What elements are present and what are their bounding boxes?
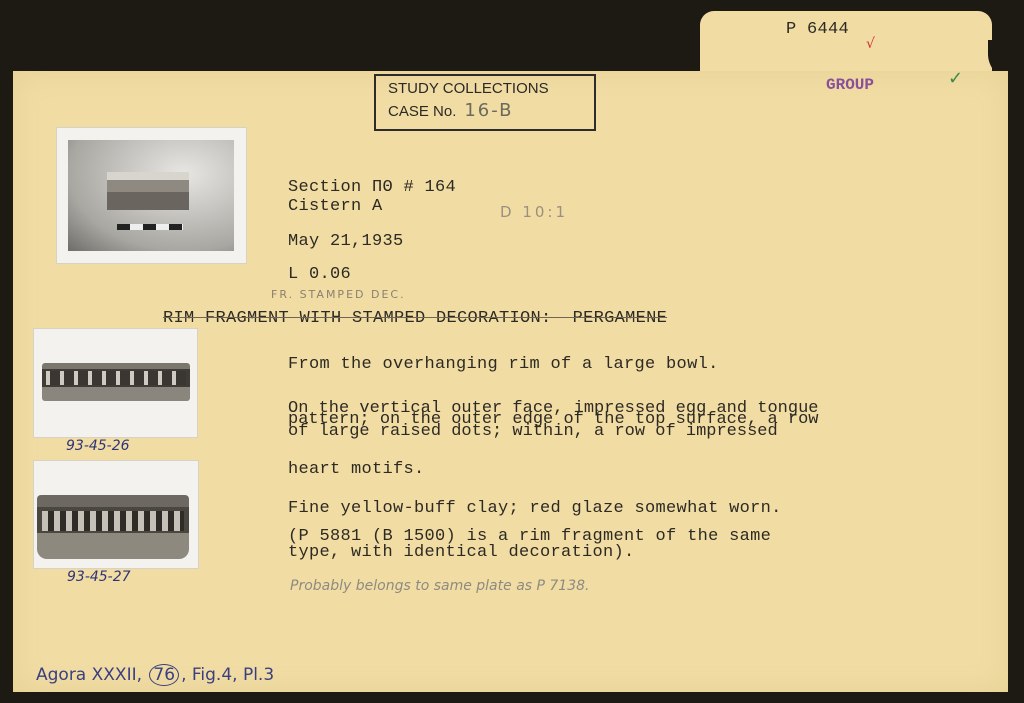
photo-3: [33, 460, 199, 569]
scale-bar: [117, 224, 183, 230]
description-p3: Fine yellow-buff clay; red glaze somewha…: [288, 499, 782, 518]
publication-name: Agora XXXII,: [36, 665, 142, 685]
stamp-line1: STUDY COLLECTIONS: [388, 78, 594, 100]
handwritten-note: Probably belongs to same plate as P 7138…: [290, 578, 589, 594]
description-p1: From the overhanging rim of a large bowl…: [288, 355, 719, 374]
description-p4-line2: type, with identical decoration).: [288, 543, 635, 562]
photo-3-label: 93-45-27: [67, 569, 131, 585]
red-check-icon: √: [866, 36, 875, 52]
case-number: 16-B: [464, 100, 513, 121]
photo-2: [33, 328, 198, 438]
circled-catalog-number: 76: [149, 664, 179, 686]
figure-plate-ref: , Fig.4, Pl.3: [181, 665, 274, 685]
green-check-icon: ✓: [948, 68, 963, 89]
object-title: RIM FRAGMENT WITH STAMPED DECORATION: PE…: [163, 309, 667, 328]
location-line: Cistern A: [288, 197, 383, 216]
title-annotation: FR. STAMPED DEC.: [271, 288, 406, 301]
date-line: May 21,1935: [288, 232, 404, 251]
catalog-number: P 6444: [786, 20, 849, 39]
egg-tongue-pattern: [46, 371, 186, 385]
photo-2-label: 93-45-26: [66, 438, 130, 454]
photo-1: [56, 127, 247, 264]
study-collections-stamp: STUDY COLLECTIONS CASE No.16-B: [374, 74, 596, 131]
dimension-line: L 0.06: [288, 265, 351, 284]
description-p2-line3: of large raised dots; within, a row of i…: [288, 425, 778, 438]
group-label: GROUP: [826, 76, 874, 94]
case-label: CASE No.: [388, 103, 456, 120]
grid-note: D 10:1: [500, 203, 568, 221]
stamp-line2: CASE No.16-B: [388, 100, 594, 123]
fragment-image: [107, 172, 189, 210]
section-line: Section ΠΘ # 164: [288, 178, 456, 197]
description-p2-line4: heart motifs.: [288, 460, 425, 479]
publication-ref: Agora XXXII, 76, Fig.4, Pl.3: [36, 664, 274, 686]
heart-motif-pattern: [42, 511, 184, 531]
